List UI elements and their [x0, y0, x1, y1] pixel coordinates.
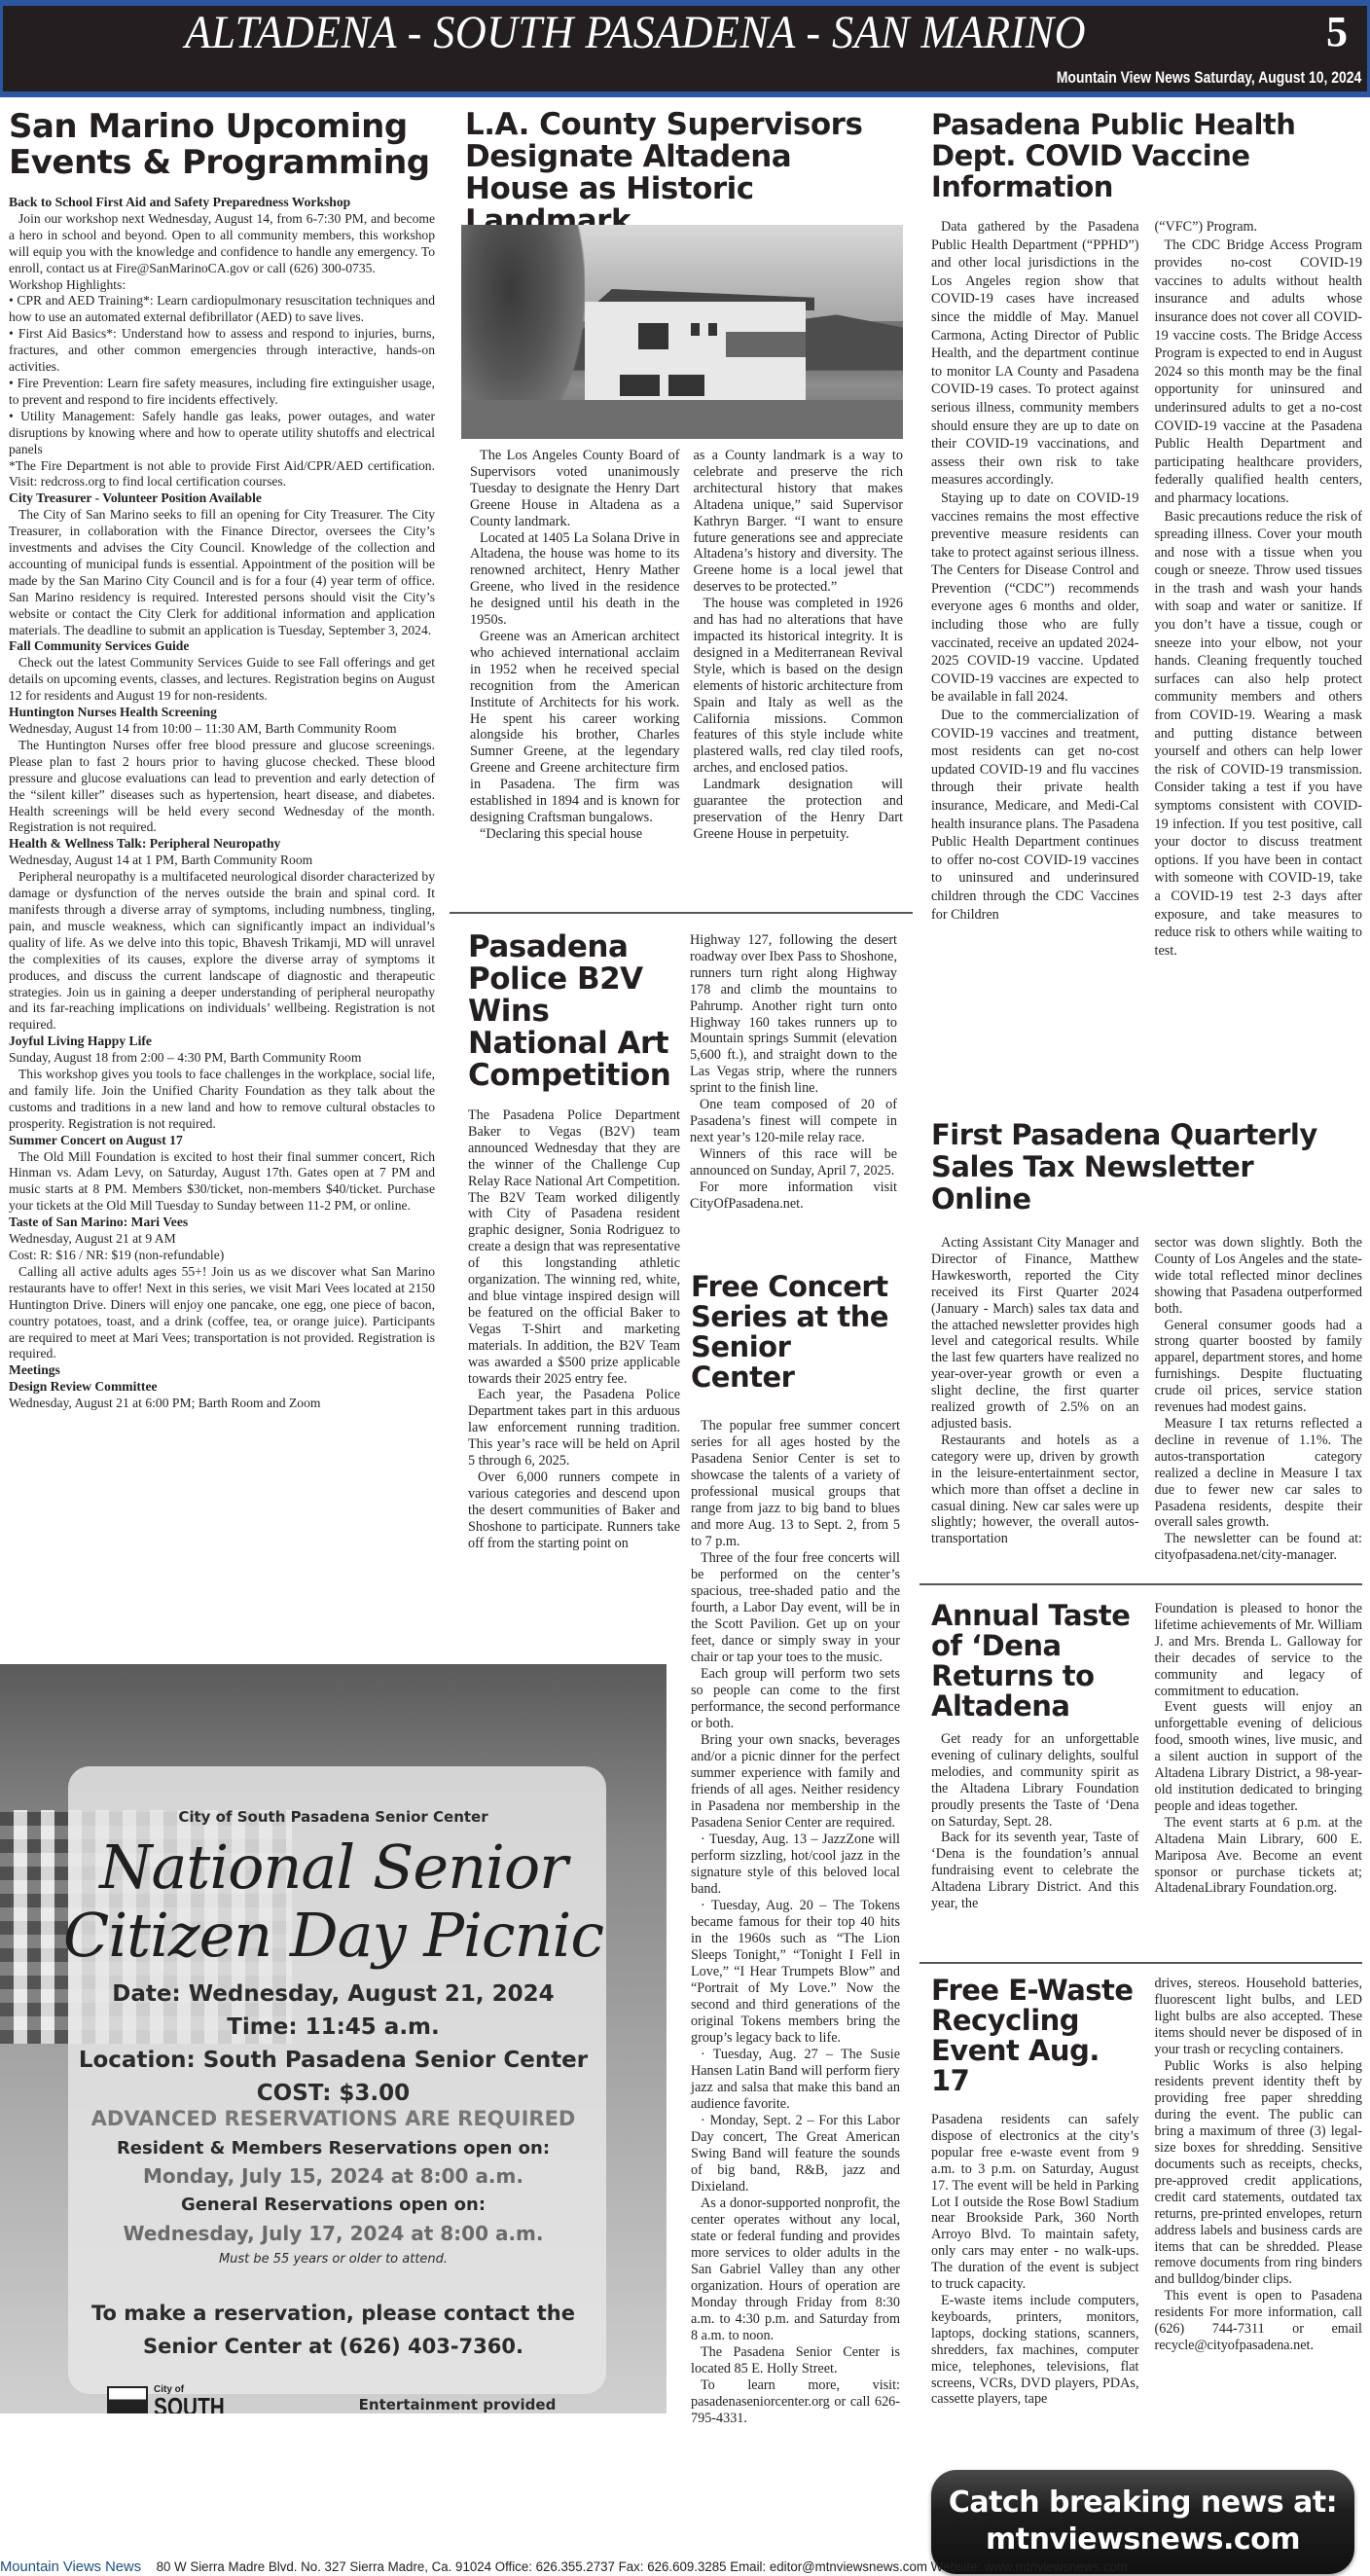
paragraph: Pasadena residents can safely dispose of…: [931, 2112, 1139, 2293]
event-cost: Cost: R: $16 / NR: $19 (non-refundable): [9, 1248, 435, 1264]
paragraph: Greene was an American architect who ach…: [470, 629, 680, 826]
ad-title-line-2: Citizen Day Picnic: [0, 1904, 667, 1968]
event-title: Health & Wellness Talk: Peripheral Neuro…: [9, 836, 435, 853]
event-description: The City of San Marino seeks to fill an …: [9, 507, 435, 638]
event-when: Wednesday, August 14 from 10:00 – 11:30 …: [9, 721, 435, 738]
event-description: Workshop Highlights:: [9, 277, 435, 294]
ad-contact: To make a reservation, please contact th…: [0, 2297, 667, 2363]
logo-city-name: SOUTH PASADENA: [154, 2394, 280, 2413]
article-headline: L.A. County Supervisors Designate Altade…: [465, 109, 893, 237]
paragraph: Data gathered by the Pasadena Public Hea…: [931, 218, 1139, 490]
ad-general-label: General Reservations open on:: [0, 2195, 667, 2215]
paragraph: Basic precautions reduce the risk of spr…: [1155, 508, 1363, 961]
text-column-1: Acting Assistant City Manager and Direct…: [931, 1235, 1139, 1564]
ad-date: Date: Wednesday, August 21, 2024: [0, 1977, 667, 2011]
event-title: Back to School First Aid and Safety Prep…: [9, 195, 435, 211]
event-title: Joyful Living Happy Life: [9, 1034, 435, 1050]
event-when: Wednesday, August 21 at 6:00 PM; Barth R…: [9, 1396, 435, 1412]
dateline: Mountain View News Saturday, August 10, …: [1057, 68, 1361, 88]
ad-time: Time: 11:45 a.m.: [0, 2011, 667, 2044]
paragraph: The CDC Bridge Access Program provides n…: [1155, 236, 1363, 508]
section-divider: [919, 1583, 1362, 1585]
paragraph: Acting Assistant City Manager and Direct…: [931, 1235, 1139, 1433]
masthead-band: ALTADENA - SOUTH PASADENA - SAN MARINO 5…: [3, 6, 1367, 91]
text-column-2: as a County landmark is a way to celebra…: [694, 448, 904, 843]
article-headline: Free E-Waste Recycling Event Aug. 17: [931, 1976, 1139, 2096]
event-description: *The Fire Department is not able to prov…: [9, 458, 435, 491]
ad-general-date: Wednesday, July 17, 2024 at 8:00 a.m.: [0, 2222, 667, 2245]
b2v-text-column-2: Highway 127, following the desert roadwa…: [690, 932, 897, 1212]
paragraph: (“VFC”) Program.: [1155, 218, 1363, 236]
paragraph: drives, stereos. Household batteries, fl…: [1155, 1976, 1363, 2058]
event-title: Summer Concert on August 17: [9, 1133, 435, 1149]
event-when: Wednesday, August 21 at 9 AM: [9, 1231, 435, 1248]
paragraph: Staying up to date on COVID-19 vaccines …: [931, 490, 1139, 707]
paragraph: · Monday, Sept. 2 – For this Labor Day c…: [691, 2113, 900, 2195]
sales-tax-article: First Pasadena Quarterly Sales Tax Newsl…: [931, 1119, 1362, 1564]
greene-house-article: L.A. County Supervisors Designate Altade…: [465, 109, 903, 237]
greene-house-body: The Los Angeles County Board of Supervis…: [470, 448, 903, 843]
ad-cost: COST: $3.00: [0, 2077, 667, 2110]
article-headline: Pasadena Public Health Dept. COVID Vacci…: [931, 109, 1362, 202]
paragraph: The Los Angeles County Board of Supervis…: [470, 448, 680, 530]
paragraph: For more information visit CityOfPasaden…: [690, 1179, 897, 1213]
event-title: Design Review Committee: [9, 1379, 435, 1396]
paragraph: “Declaring this special house: [470, 826, 680, 843]
senior-picnic-ad: City of South Pasadena Senior Center Nat…: [0, 1664, 667, 2413]
article-headline: Pasadena Police B2V Wins National Art Co…: [468, 931, 680, 1092]
paragraph: Restaurants and hotels as a category wer…: [931, 1433, 1139, 1547]
ad-resident-date: Monday, July 15, 2024 at 8:00 a.m.: [0, 2164, 667, 2188]
masthead: ALTADENA - SOUTH PASADENA - SAN MARINO 5…: [0, 0, 1370, 97]
paragraph: Located at 1405 La Solana Drive in Altad…: [470, 530, 680, 629]
event-title: Taste of San Marino: Mari Vees: [9, 1215, 435, 1231]
san-marino-article: San Marino Upcoming Events & Programming…: [9, 109, 435, 1412]
event-description: • Utility Management: Safely handle gas …: [9, 409, 435, 458]
paragraph: Due to the commercialization of COVID-19…: [931, 707, 1139, 924]
paragraph: Foundation is pleased to honor the lifet…: [1155, 1601, 1363, 1699]
paragraph: Bring your own snacks, beverages and/or …: [691, 1732, 900, 1832]
text-column-1: The Los Angeles County Board of Supervis…: [470, 448, 680, 843]
text-column-1: Get ready for an unforgettable evening o…: [931, 1731, 1139, 1912]
article-body: Back to School First Aid and Safety Prep…: [9, 195, 435, 1412]
event-description: Calling all active adults ages 55+! Join…: [9, 1264, 435, 1362]
paragraph: Get ready for an unforgettable evening o…: [931, 1731, 1139, 1830]
paragraph: Event guests will enjoy an unforgettable…: [1155, 1699, 1363, 1814]
text-column-1: The Pasadena Police Department Baker to …: [468, 1107, 680, 1551]
paragraph: as a County landmark is a way to celebra…: [694, 448, 904, 596]
event-description: This workshop gives you tools to face ch…: [9, 1067, 435, 1133]
paragraph: Each group will perform two sets so peop…: [691, 1666, 900, 1732]
section-divider: [450, 912, 913, 914]
footer-contact-info: 80 W Sierra Madre Blvd. No. 327 Sierra M…: [157, 2559, 1128, 2574]
event-when: Sunday, August 18 from 2:00 – 4:30 PM, B…: [9, 1050, 435, 1067]
paragraph: The Pasadena Police Department Baker to …: [468, 1107, 680, 1387]
paragraph: The Pasadena Senior Center is located 85…: [691, 2344, 900, 2377]
ad-organization: City of South Pasadena Senior Center: [0, 1808, 667, 1826]
taste-of-dena-article: Annual Taste of ‘Dena Returns to Altaden…: [931, 1601, 1362, 1912]
text-column-1: Data gathered by the Pasadena Public Hea…: [931, 218, 1139, 960]
paragraph: One team composed of 20 of Pasadena’s fi…: [690, 1097, 897, 1146]
paragraph: sector was down slightly. Both the Count…: [1155, 1235, 1363, 1318]
paragraph: · Tuesday, Aug. 27 – The Susie Hansen La…: [691, 2047, 900, 2113]
article-headline: First Pasadena Quarterly Sales Tax Newsl…: [931, 1119, 1362, 1215]
event-description: The Old Mill Foundation is excited to ho…: [9, 1149, 435, 1215]
paragraph: · Tuesday, Aug. 20 – The Tokens became f…: [691, 1898, 900, 2047]
paragraph: The house was completed in 1926 and has …: [694, 596, 904, 777]
paragraph: E-waste items include computers, keyboar…: [931, 2293, 1139, 2408]
event-description: • Fire Prevention: Learn fire safety mea…: [9, 376, 435, 409]
event-title: City Treasurer - Volunteer Position Avai…: [9, 490, 435, 507]
article-headline: Annual Taste of ‘Dena Returns to Altaden…: [931, 1601, 1139, 1722]
paragraph: The event starts at 6 p.m. at the Altade…: [1155, 1815, 1363, 1898]
ad-reservations-notice: ADVANCED RESERVATIONS ARE REQUIRED: [0, 2107, 667, 2130]
paragraph: Over 6,000 runners compete in various ca…: [468, 1469, 680, 1552]
article-body: The popular free summer concert series f…: [691, 1418, 900, 2427]
paragraph: Measure I tax returns reflected a declin…: [1155, 1416, 1363, 1531]
b2v-article: Pasadena Police B2V Wins National Art Co…: [468, 931, 680, 1551]
paragraph: Three of the four free concerts will be …: [691, 1550, 900, 1666]
text-column-2: (“VFC”) Program.The CDC Bridge Access Pr…: [1155, 218, 1363, 960]
paragraph: Public Works is also helping residents p…: [1155, 2058, 1363, 2289]
ewaste-article: Free E-Waste Recycling Event Aug. 17 Pas…: [931, 1976, 1362, 2408]
paragraph: Landmark designation will guarantee the …: [694, 777, 904, 843]
badge-line-1: Catch breaking news at:: [931, 2485, 1354, 2522]
event-description: Join our workshop next Wednesday, August…: [9, 211, 435, 277]
ad-resident-label: Resident & Members Reservations open on:: [0, 2138, 667, 2159]
paragraph: This event is open to Pasadena residents…: [1155, 2288, 1363, 2354]
ad-age-requirement: Must be 55 years or older to attend.: [0, 2252, 667, 2267]
footer-brand: Mountain Views News: [0, 2558, 141, 2575]
text-column-1: Pasadena residents can safely dispose of…: [931, 2112, 1139, 2408]
ad-location: Location: South Pasadena Senior Center: [0, 2044, 667, 2077]
badge-line-2[interactable]: mtnviewsnews.com: [931, 2522, 1354, 2558]
paragraph: General consumer goods had a strong quar…: [1155, 1318, 1363, 1416]
paragraph: Back for its seventh year, Taste of ‘Den…: [931, 1830, 1139, 1912]
paragraph: The newsletter can be found at: cityofpa…: [1155, 1531, 1363, 1564]
ad-title-line-1: National Senior: [0, 1835, 667, 1900]
paragraph: · Tuesday, Aug. 13 – JazzZone will perfo…: [691, 1832, 900, 1898]
section-title: ALTADENA - SOUTH PASADENA - SAN MARINO: [54, 8, 1217, 58]
paragraph: As a donor-supported nonprofit, the cent…: [691, 2195, 900, 2344]
section-divider: [919, 1962, 1362, 1964]
event-when: Wednesday, August 14 at 1 PM, Barth Comm…: [9, 853, 435, 869]
paragraph: The popular free summer concert series f…: [691, 1418, 900, 1550]
tree-logo-icon: [107, 2386, 148, 2413]
paragraph: Winners of this race will be announced o…: [690, 1146, 897, 1179]
event-description: Check out the latest Community Services …: [9, 655, 435, 705]
event-description: Peripheral neuropathy is a multifaceted …: [9, 869, 435, 1034]
greene-house-photo: [461, 225, 903, 439]
paragraph: Each year, the Pasadena Police Departmen…: [468, 1387, 680, 1469]
concert-article: Free Concert Series at the Senior Center…: [691, 1272, 900, 2427]
event-title: Huntington Nurses Health Screening: [9, 705, 435, 721]
event-title: Meetings: [9, 1362, 435, 1379]
article-headline: Free Concert Series at the Senior Center: [691, 1272, 900, 1393]
page-footer: Mountain Views News 80 W Sierra Madre Bl…: [0, 2558, 1350, 2576]
event-description: • First Aid Basics*: Understand how to a…: [9, 326, 435, 376]
text-column-2: drives, stereos. Household batteries, fl…: [1155, 1976, 1363, 2408]
article-headline: San Marino Upcoming Events & Programming: [9, 109, 435, 181]
event-description: • CPR and AED Training*: Learn cardiopul…: [9, 293, 435, 326]
paragraph: To learn more, visit: pasadenaseniorcent…: [691, 2377, 900, 2427]
text-column-2: sector was down slightly. Both the Count…: [1155, 1235, 1363, 1564]
text-column-2: Foundation is pleased to honor the lifet…: [1155, 1601, 1363, 1912]
event-description: The Huntington Nurses offer free blood p…: [9, 738, 435, 836]
covid-article: Pasadena Public Health Dept. COVID Vacci…: [931, 109, 1362, 960]
paragraph: Highway 127, following the desert roadwa…: [690, 932, 897, 1097]
ad-entertainment-label: Entertainment provided by:: [345, 2396, 569, 2413]
page-number: 5: [1326, 8, 1348, 56]
event-title: Fall Community Services Guide: [9, 638, 435, 655]
